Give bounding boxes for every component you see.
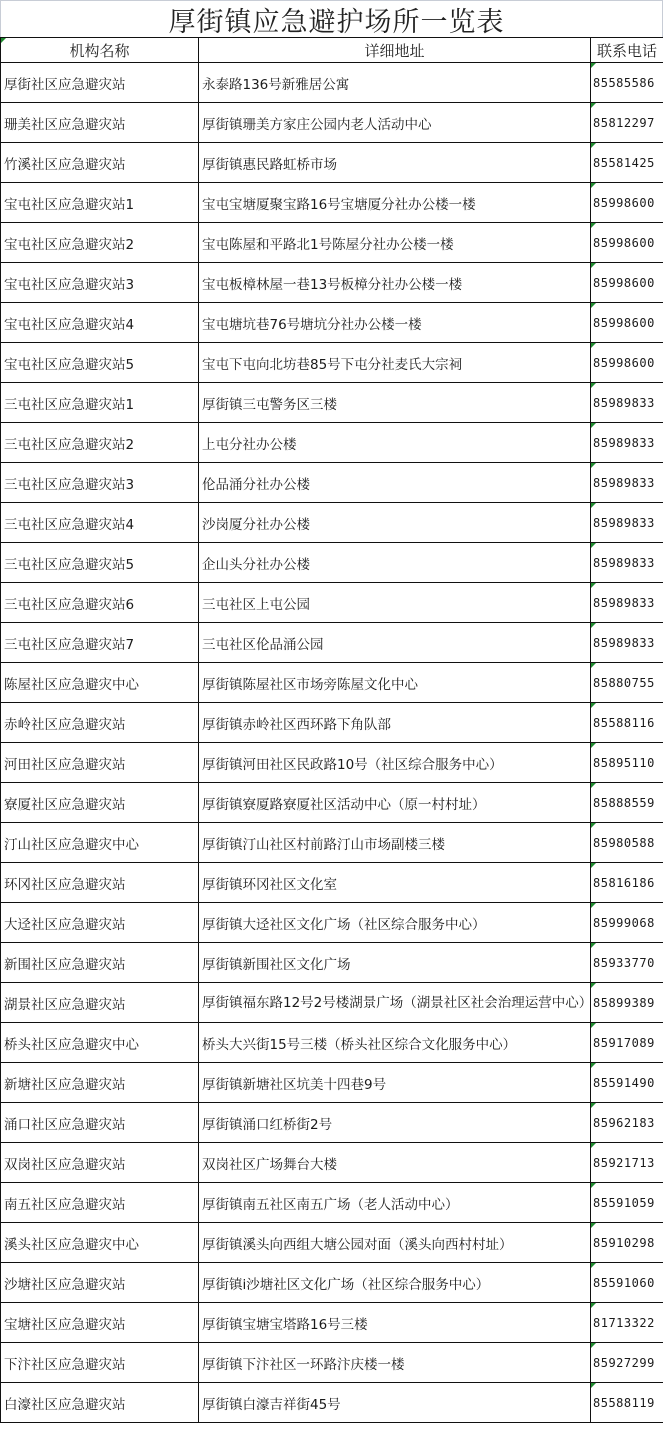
- table-row: 竹溪社区应急避灾站厚街镇惠民路虹桥市场85581425: [1, 143, 663, 183]
- phone-number: 85921713: [593, 1156, 655, 1170]
- cell-phone[interactable]: 85588116: [591, 703, 663, 743]
- cell-marker-icon: [591, 1103, 596, 1108]
- cell-phone[interactable]: 85591059: [591, 1183, 663, 1223]
- phone-number: 85989833: [593, 516, 655, 530]
- cell-phone[interactable]: 85910298: [591, 1223, 663, 1263]
- cell-address[interactable]: 厚街镇寮厦路寮厦社区活动中心（原一村村址）: [199, 783, 591, 823]
- cell-address[interactable]: 永泰路136号新雅居公寓: [199, 63, 591, 103]
- cell-phone[interactable]: 85989833: [591, 623, 663, 663]
- cell-address[interactable]: 厚街镇溪头向西组大塘公园对面（溪头向西村村址）: [199, 1223, 591, 1263]
- cell-phone[interactable]: 85989833: [591, 383, 663, 423]
- cell-marker-icon: [591, 783, 596, 788]
- cell-marker-icon: [591, 423, 596, 428]
- cell-marker-icon: [591, 1263, 596, 1268]
- cell-address[interactable]: 伦品涌分社办公楼: [199, 463, 591, 503]
- phone-number: 85998600: [593, 316, 655, 330]
- cell-marker-icon: [591, 543, 596, 548]
- cell-address[interactable]: 厚街镇环冈社区文化室: [199, 863, 591, 903]
- cell-organization-name[interactable]: 宝屯社区应急避灾站4: [1, 303, 199, 343]
- cell-phone[interactable]: 85998600: [591, 223, 663, 263]
- cell-organization-name[interactable]: 新围社区应急避灾站: [1, 943, 199, 983]
- table-row: 三屯社区应急避灾站7三屯社区伦品涌公园85989833: [1, 623, 663, 663]
- table-row: 三屯社区应急避灾站1厚街镇三屯警务区三楼85989833: [1, 383, 663, 423]
- cell-address[interactable]: 宝屯下屯向北坊巷85号下屯分社麦氏大宗祠: [199, 343, 591, 383]
- phone-number: 85588119: [593, 1396, 655, 1410]
- cell-phone[interactable]: 85895110: [591, 743, 663, 783]
- phone-number: 85591059: [593, 1196, 655, 1210]
- cell-organization-name[interactable]: 桥头社区应急避灾中心: [1, 1023, 199, 1063]
- cell-marker-icon: [591, 703, 596, 708]
- cell-marker-icon: [591, 623, 596, 628]
- phone-number: 85812297: [593, 116, 655, 130]
- cell-address[interactable]: 厚街镇福东路12号2号楼湖景广场（湖景社区社会治理运营中心）: [199, 983, 591, 1023]
- table-row: 河田社区应急避灾站厚街镇河田社区民政路10号（社区综合服务中心）85895110: [1, 743, 663, 783]
- header-phone[interactable]: 联系电话: [591, 38, 663, 63]
- cell-marker-icon: [591, 303, 596, 308]
- cell-phone[interactable]: 85927299: [591, 1343, 663, 1383]
- table-row: 大迳社区应急避灾站厚街镇大迳社区文化广场（社区综合服务中心）85999068: [1, 903, 663, 943]
- cell-organization-name[interactable]: 河田社区应急避灾站: [1, 743, 199, 783]
- cell-marker-icon: [591, 863, 596, 868]
- cell-address[interactable]: 沙岗厦分社办公楼: [199, 503, 591, 543]
- phone-number: 85591060: [593, 1276, 655, 1290]
- table-row: 宝塘社区应急避灾站厚街镇宝塘宝塔路16号三楼81713322: [1, 1303, 663, 1343]
- shelter-table: 机构名称 详细地址 联系电话 厚街社区应急避灾站永泰路136号新雅居公寓8558…: [0, 37, 663, 1423]
- table-row: 双岗社区应急避灾站双岗社区广场舞台大楼85921713: [1, 1143, 663, 1183]
- table-row: 溪头社区应急避灾中心厚街镇溪头向西组大塘公园对面（溪头向西村村址）8591029…: [1, 1223, 663, 1263]
- cell-phone[interactable]: 85989833: [591, 583, 663, 623]
- cell-organization-name[interactable]: 白濠社区应急避灾站: [1, 1383, 199, 1423]
- phone-number: 85989833: [593, 556, 655, 570]
- table-row: 陈屋社区应急避灾中心厚街镇陈屋社区市场旁陈屋文化中心85880755: [1, 663, 663, 703]
- phone-number: 85933770: [593, 956, 655, 970]
- cell-organization-name[interactable]: 珊美社区应急避灾站: [1, 103, 199, 143]
- cell-marker-icon: [591, 183, 596, 188]
- cell-organization-name[interactable]: 寮厦社区应急避灾站: [1, 783, 199, 823]
- cell-marker-icon: [591, 1143, 596, 1148]
- table-row: 宝屯社区应急避灾站3宝屯板樟林屋一巷13号板樟分社办公楼一楼85998600: [1, 263, 663, 303]
- table-row: 下汴社区应急避灾站厚街镇下汴社区一环路汴庆楼一楼85927299: [1, 1343, 663, 1383]
- cell-address[interactable]: 双岗社区广场舞台大楼: [199, 1143, 591, 1183]
- cell-organization-name[interactable]: 三屯社区应急避灾站1: [1, 383, 199, 423]
- cell-address[interactable]: 厚街镇赤岭社区西环路下角队部: [199, 703, 591, 743]
- page-title: 厚街镇应急避护场所一览表: [159, 0, 505, 39]
- phone-number: 85585586: [593, 76, 655, 90]
- cell-marker-icon: [591, 1383, 596, 1388]
- phone-number: 85888559: [593, 796, 655, 810]
- cell-organization-name[interactable]: 宝屯社区应急避灾站1: [1, 183, 199, 223]
- table-row: 湖景社区应急避灾站厚街镇福东路12号2号楼湖景广场（湖景社区社会治理运营中心）8…: [1, 983, 663, 1023]
- cell-phone[interactable]: 85999068: [591, 903, 663, 943]
- cell-marker-icon: [1, 38, 6, 43]
- cell-address[interactable]: 宝屯陈屋和平路北1号陈屋分社办公楼一楼: [199, 223, 591, 263]
- title-cell[interactable]: 厚街镇应急避护场所一览表: [0, 0, 663, 37]
- cell-phone[interactable]: 85585586: [591, 63, 663, 103]
- table-row: 新围社区应急避灾站厚街镇新围社区文化广场85933770: [1, 943, 663, 983]
- phone-number: 85999068: [593, 916, 655, 930]
- cell-address[interactable]: 桥头大兴街15号三楼（桥头社区综合文化服务中心）: [199, 1023, 591, 1063]
- cell-phone[interactable]: 85899389: [591, 983, 663, 1023]
- cell-marker-icon: [591, 1343, 596, 1348]
- cell-address[interactable]: 厚街镇河田社区民政路10号（社区综合服务中心）: [199, 743, 591, 783]
- table-row: 汀山社区应急避灾中心厚街镇汀山社区村前路汀山市场副楼三楼85980588: [1, 823, 663, 863]
- cell-organization-name[interactable]: 三屯社区应急避灾站5: [1, 543, 199, 583]
- phone-number: 85816186: [593, 876, 655, 890]
- table-row: 三屯社区应急避灾站5企山头分社办公楼85989833: [1, 543, 663, 583]
- phone-number: 85927299: [593, 1356, 655, 1370]
- cell-marker-icon: [591, 663, 596, 668]
- cell-address[interactable]: 厚街镇下汴社区一环路汴庆楼一楼: [199, 1343, 591, 1383]
- cell-marker-icon: [591, 463, 596, 468]
- spreadsheet: 厚街镇应急避护场所一览表 机构名称 详细地址 联系电话 厚街社区应急避灾站永泰路…: [0, 0, 663, 1423]
- cell-organization-name[interactable]: 大迳社区应急避灾站: [1, 903, 199, 943]
- table-row: 南五社区应急避灾站厚街镇南五社区南五广场（老人活动中心）85591059: [1, 1183, 663, 1223]
- phone-number: 85998600: [593, 276, 655, 290]
- cell-address[interactable]: 上屯分社办公楼: [199, 423, 591, 463]
- cell-phone[interactable]: 85980588: [591, 823, 663, 863]
- cell-phone[interactable]: 81713322: [591, 1303, 663, 1343]
- cell-marker-icon: [591, 103, 596, 108]
- cell-address[interactable]: 厚街镇汀山社区村前路汀山市场副楼三楼: [199, 823, 591, 863]
- table-row: 宝屯社区应急避灾站2宝屯陈屋和平路北1号陈屋分社办公楼一楼85998600: [1, 223, 663, 263]
- cell-marker-icon: [591, 503, 596, 508]
- table-row: 珊美社区应急避灾站厚街镇珊美方家庄公园内老人活动中心85812297: [1, 103, 663, 143]
- cell-phone[interactable]: 85921713: [591, 1143, 663, 1183]
- phone-number: 85591490: [593, 1076, 655, 1090]
- cell-marker-icon: [591, 223, 596, 228]
- cell-address[interactable]: 厚街镇大迳社区文化广场（社区综合服务中心）: [199, 903, 591, 943]
- phone-number: 85989833: [593, 596, 655, 610]
- table-row: 宝屯社区应急避灾站5宝屯下屯向北坊巷85号下屯分社麦氏大宗祠85998600: [1, 343, 663, 383]
- cell-phone[interactable]: 85588119: [591, 1383, 663, 1423]
- table-row: 寮厦社区应急避灾站厚街镇寮厦路寮厦社区活动中心（原一村村址）85888559: [1, 783, 663, 823]
- cell-marker-icon: [591, 903, 596, 908]
- cell-phone[interactable]: 85989833: [591, 503, 663, 543]
- cell-organization-name[interactable]: 下汴社区应急避灾站: [1, 1343, 199, 1383]
- cell-marker-icon: [591, 263, 596, 268]
- cell-organization-name[interactable]: 赤岭社区应急避灾站: [1, 703, 199, 743]
- cell-organization-name[interactable]: 新塘社区应急避灾站: [1, 1063, 199, 1103]
- table-row: 新塘社区应急避灾站厚街镇新塘社区坑美十四巷9号85591490: [1, 1063, 663, 1103]
- table-row: 三屯社区应急避灾站6三屯社区上屯公园85989833: [1, 583, 663, 623]
- cell-phone[interactable]: 85962183: [591, 1103, 663, 1143]
- cell-organization-name[interactable]: 三屯社区应急避灾站7: [1, 623, 199, 663]
- cell-address[interactable]: 厚街镇涌口红桥街2号: [199, 1103, 591, 1143]
- cell-phone[interactable]: 85581425: [591, 143, 663, 183]
- cell-phone[interactable]: 85998600: [591, 343, 663, 383]
- cell-address[interactable]: 宝屯宝塘厦聚宝路16号宝塘厦分社办公楼一楼: [199, 183, 591, 223]
- cell-organization-name[interactable]: 三屯社区应急避灾站2: [1, 423, 199, 463]
- cell-address[interactable]: 厚街镇新塘社区坑美十四巷9号: [199, 1063, 591, 1103]
- cell-organization-name[interactable]: 三屯社区应急避灾站3: [1, 463, 199, 503]
- table-body: 厚街社区应急避灾站永泰路136号新雅居公寓85585586珊美社区应急避灾站厚街…: [1, 63, 663, 1423]
- cell-address[interactable]: 厚街镇白濠吉祥街45号: [199, 1383, 591, 1423]
- cell-address[interactable]: 厚街镇宝塘宝塔路16号三楼: [199, 1303, 591, 1343]
- cell-phone[interactable]: 85989833: [591, 423, 663, 463]
- phone-number: 85895110: [593, 756, 655, 770]
- cell-organization-name[interactable]: 涌口社区应急避灾站: [1, 1103, 199, 1143]
- cell-address[interactable]: 三屯社区上屯公园: [199, 583, 591, 623]
- cell-organization-name[interactable]: 陈屋社区应急避灾中心: [1, 663, 199, 703]
- cell-phone[interactable]: 85933770: [591, 943, 663, 983]
- cell-organization-name[interactable]: 环冈社区应急避灾站: [1, 863, 199, 903]
- cell-marker-icon: [591, 1303, 596, 1308]
- phone-number: 85581425: [593, 156, 655, 170]
- cell-organization-name[interactable]: 湖景社区应急避灾站: [1, 983, 199, 1023]
- cell-phone[interactable]: 85816186: [591, 863, 663, 903]
- cell-marker-icon: [591, 743, 596, 748]
- table-row: 三屯社区应急避灾站4沙岗厦分社办公楼85989833: [1, 503, 663, 543]
- cell-phone[interactable]: 85998600: [591, 263, 663, 303]
- phone-number: 85910298: [593, 1236, 655, 1250]
- cell-address[interactable]: 企山头分社办公楼: [199, 543, 591, 583]
- cell-address[interactable]: 厚街镇惠民路虹桥市场: [199, 143, 591, 183]
- phone-number: 85998600: [593, 356, 655, 370]
- cell-address[interactable]: 厚街镇南五社区南五广场（老人活动中心）: [199, 1183, 591, 1223]
- cell-phone[interactable]: 85989833: [591, 463, 663, 503]
- phone-number: 85588116: [593, 716, 655, 730]
- phone-number: 85998600: [593, 196, 655, 210]
- table-row: 三屯社区应急避灾站3伦品涌分社办公楼85989833: [1, 463, 663, 503]
- cell-marker-icon: [591, 1063, 596, 1068]
- table-row: 赤岭社区应急避灾站厚街镇赤岭社区西环路下角队部85588116: [1, 703, 663, 743]
- cell-organization-name[interactable]: 厚街社区应急避灾站: [1, 63, 199, 103]
- phone-number: 85989833: [593, 636, 655, 650]
- cell-organization-name[interactable]: 三屯社区应急避灾站6: [1, 583, 199, 623]
- cell-phone[interactable]: 85989833: [591, 543, 663, 583]
- cell-organization-name[interactable]: 沙塘社区应急避灾站: [1, 1263, 199, 1303]
- cell-organization-name[interactable]: 宝屯社区应急避灾站3: [1, 263, 199, 303]
- cell-marker-icon: [591, 823, 596, 828]
- cell-address[interactable]: 厚街镇陈屋社区市场旁陈屋文化中心: [199, 663, 591, 703]
- table-row: 三屯社区应急避灾站2上屯分社办公楼85989833: [1, 423, 663, 463]
- cell-organization-name[interactable]: 三屯社区应急避灾站4: [1, 503, 199, 543]
- phone-number: 85899389: [593, 996, 655, 1010]
- phone-number: 85989833: [593, 436, 655, 450]
- cell-address[interactable]: 厚街镇珊美方家庄公园内老人活动中心: [199, 103, 591, 143]
- table-row: 桥头社区应急避灾中心桥头大兴街15号三楼（桥头社区综合文化服务中心）859170…: [1, 1023, 663, 1063]
- cell-organization-name[interactable]: 双岗社区应急避灾站: [1, 1143, 199, 1183]
- cell-address[interactable]: 厚街镇i沙塘社区文化广场（社区综合服务中心）: [199, 1263, 591, 1303]
- cell-marker-icon: [591, 143, 596, 148]
- cell-organization-name[interactable]: 汀山社区应急避灾中心: [1, 823, 199, 863]
- cell-organization-name[interactable]: 宝屯社区应急避灾站2: [1, 223, 199, 263]
- cell-phone[interactable]: 85880755: [591, 663, 663, 703]
- phone-number: 85998600: [593, 236, 655, 250]
- cell-marker-icon: [591, 383, 596, 388]
- phone-number: 85962183: [593, 1116, 655, 1130]
- cell-address[interactable]: 宝屯板樟林屋一巷13号板樟分社办公楼一楼: [199, 263, 591, 303]
- cell-marker-icon: [591, 1223, 596, 1228]
- cell-phone[interactable]: 85812297: [591, 103, 663, 143]
- phone-number: 85880755: [593, 676, 655, 690]
- header-address[interactable]: 详细地址: [199, 38, 591, 63]
- table-row: 宝屯社区应急避灾站4宝屯塘坑巷76号塘坑分社办公楼一楼85998600: [1, 303, 663, 343]
- phone-number: 85989833: [593, 396, 655, 410]
- cell-marker-icon: [591, 1023, 596, 1028]
- table-row: 环冈社区应急避灾站厚街镇环冈社区文化室85816186: [1, 863, 663, 903]
- phone-number: 85989833: [593, 476, 655, 490]
- cell-marker-icon: [591, 63, 596, 68]
- cell-marker-icon: [591, 583, 596, 588]
- cell-phone[interactable]: 85591490: [591, 1063, 663, 1103]
- cell-address[interactable]: 厚街镇三屯警务区三楼: [199, 383, 591, 423]
- table-row: 沙塘社区应急避灾站厚街镇i沙塘社区文化广场（社区综合服务中心）85591060: [1, 1263, 663, 1303]
- header-row: 机构名称 详细地址 联系电话: [1, 38, 663, 63]
- cell-marker-icon: [591, 983, 596, 988]
- table-row: 白濠社区应急避灾站厚街镇白濠吉祥街45号85588119: [1, 1383, 663, 1423]
- cell-marker-icon: [591, 343, 596, 348]
- cell-marker-icon: [591, 1183, 596, 1188]
- cell-phone[interactable]: 85888559: [591, 783, 663, 823]
- phone-number: 81713322: [593, 1316, 655, 1330]
- header-name[interactable]: 机构名称: [1, 38, 199, 63]
- table-row: 涌口社区应急避灾站厚街镇涌口红桥街2号85962183: [1, 1103, 663, 1143]
- cell-organization-name[interactable]: 宝塘社区应急避灾站: [1, 1303, 199, 1343]
- cell-phone[interactable]: 85998600: [591, 183, 663, 223]
- phone-number: 85917089: [593, 1036, 655, 1050]
- cell-phone[interactable]: 85998600: [591, 303, 663, 343]
- cell-organization-name[interactable]: 竹溪社区应急避灾站: [1, 143, 199, 183]
- cell-address[interactable]: 厚街镇新围社区文化广场: [199, 943, 591, 983]
- phone-number: 85980588: [593, 836, 655, 850]
- cell-marker-icon: [591, 943, 596, 948]
- table-row: 厚街社区应急避灾站永泰路136号新雅居公寓85585586: [1, 63, 663, 103]
- cell-organization-name[interactable]: 南五社区应急避灾站: [1, 1183, 199, 1223]
- cell-phone[interactable]: 85591060: [591, 1263, 663, 1303]
- cell-phone[interactable]: 85917089: [591, 1023, 663, 1063]
- cell-address[interactable]: 宝屯塘坑巷76号塘坑分社办公楼一楼: [199, 303, 591, 343]
- table-row: 宝屯社区应急避灾站1宝屯宝塘厦聚宝路16号宝塘厦分社办公楼一楼85998600: [1, 183, 663, 223]
- cell-address[interactable]: 三屯社区伦品涌公园: [199, 623, 591, 663]
- cell-organization-name[interactable]: 溪头社区应急避灾中心: [1, 1223, 199, 1263]
- cell-organization-name[interactable]: 宝屯社区应急避灾站5: [1, 343, 199, 383]
